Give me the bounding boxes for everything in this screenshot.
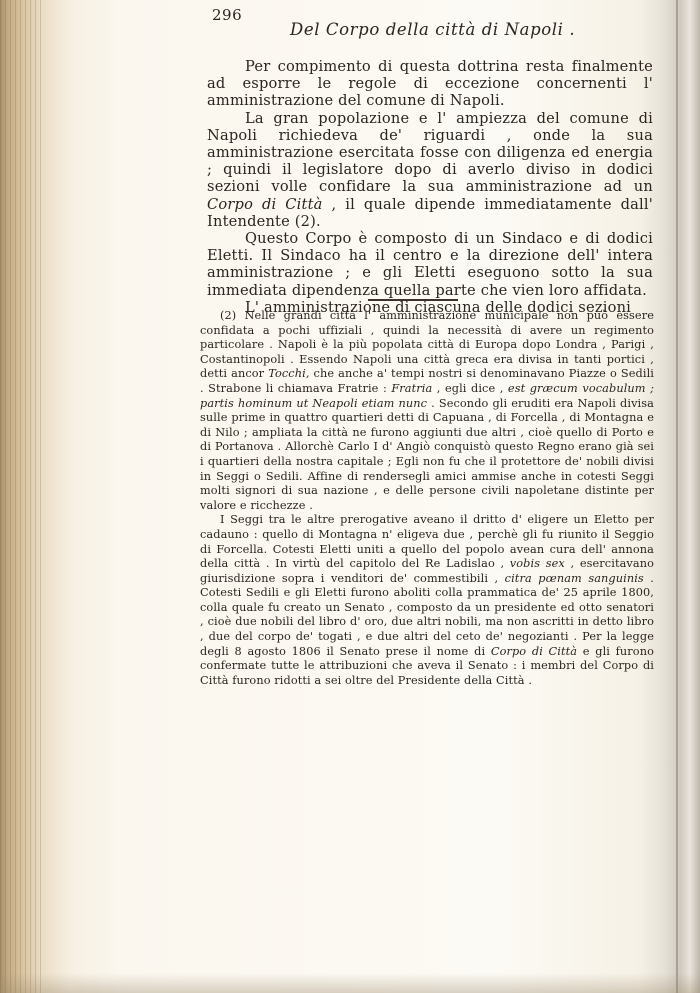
footnote-paragraph: (2) Nelle grandi città l' amministrazion… <box>200 309 654 513</box>
footnote: (2) Nelle grandi città l' amministrazion… <box>200 309 654 688</box>
page-number: 296 <box>212 6 242 24</box>
text-run: , egli dice , <box>432 382 508 395</box>
footnote-marker: (2) <box>220 309 236 322</box>
text-run: La gran popolazione e l' ampiezza del co… <box>207 110 653 196</box>
paragraph: Questo Corpo è composto di un Sindaco e … <box>207 230 653 299</box>
page-fold <box>676 0 678 993</box>
italic-run: Corpo di Città <box>491 645 577 658</box>
footnote-paragraph: I Seggi tra le altre prerogative aveano … <box>200 513 654 688</box>
italic-run: Tocchi, <box>268 367 309 380</box>
page-edge-stack <box>0 0 45 993</box>
footnote-separator <box>368 299 458 301</box>
main-text: Per compimento di questa dottrina resta … <box>207 58 653 316</box>
book-page: 296 Del Corpo della città di Napoli . Pe… <box>0 0 700 993</box>
paragraph: Per compimento di questa dottrina resta … <box>207 58 653 110</box>
italic-run: citra pœnam sanguinis <box>505 572 644 585</box>
paragraph: La gran popolazione e l' ampiezza del co… <box>207 110 653 230</box>
italic-run: Fratria <box>391 382 432 395</box>
italic-run: Corpo di Città <box>207 196 323 213</box>
text-run: . Secondo gli eruditi era Napoli divisa … <box>200 397 654 512</box>
italic-run: vobis sex <box>510 557 565 570</box>
running-head: Del Corpo della città di Napoli . <box>290 20 575 39</box>
